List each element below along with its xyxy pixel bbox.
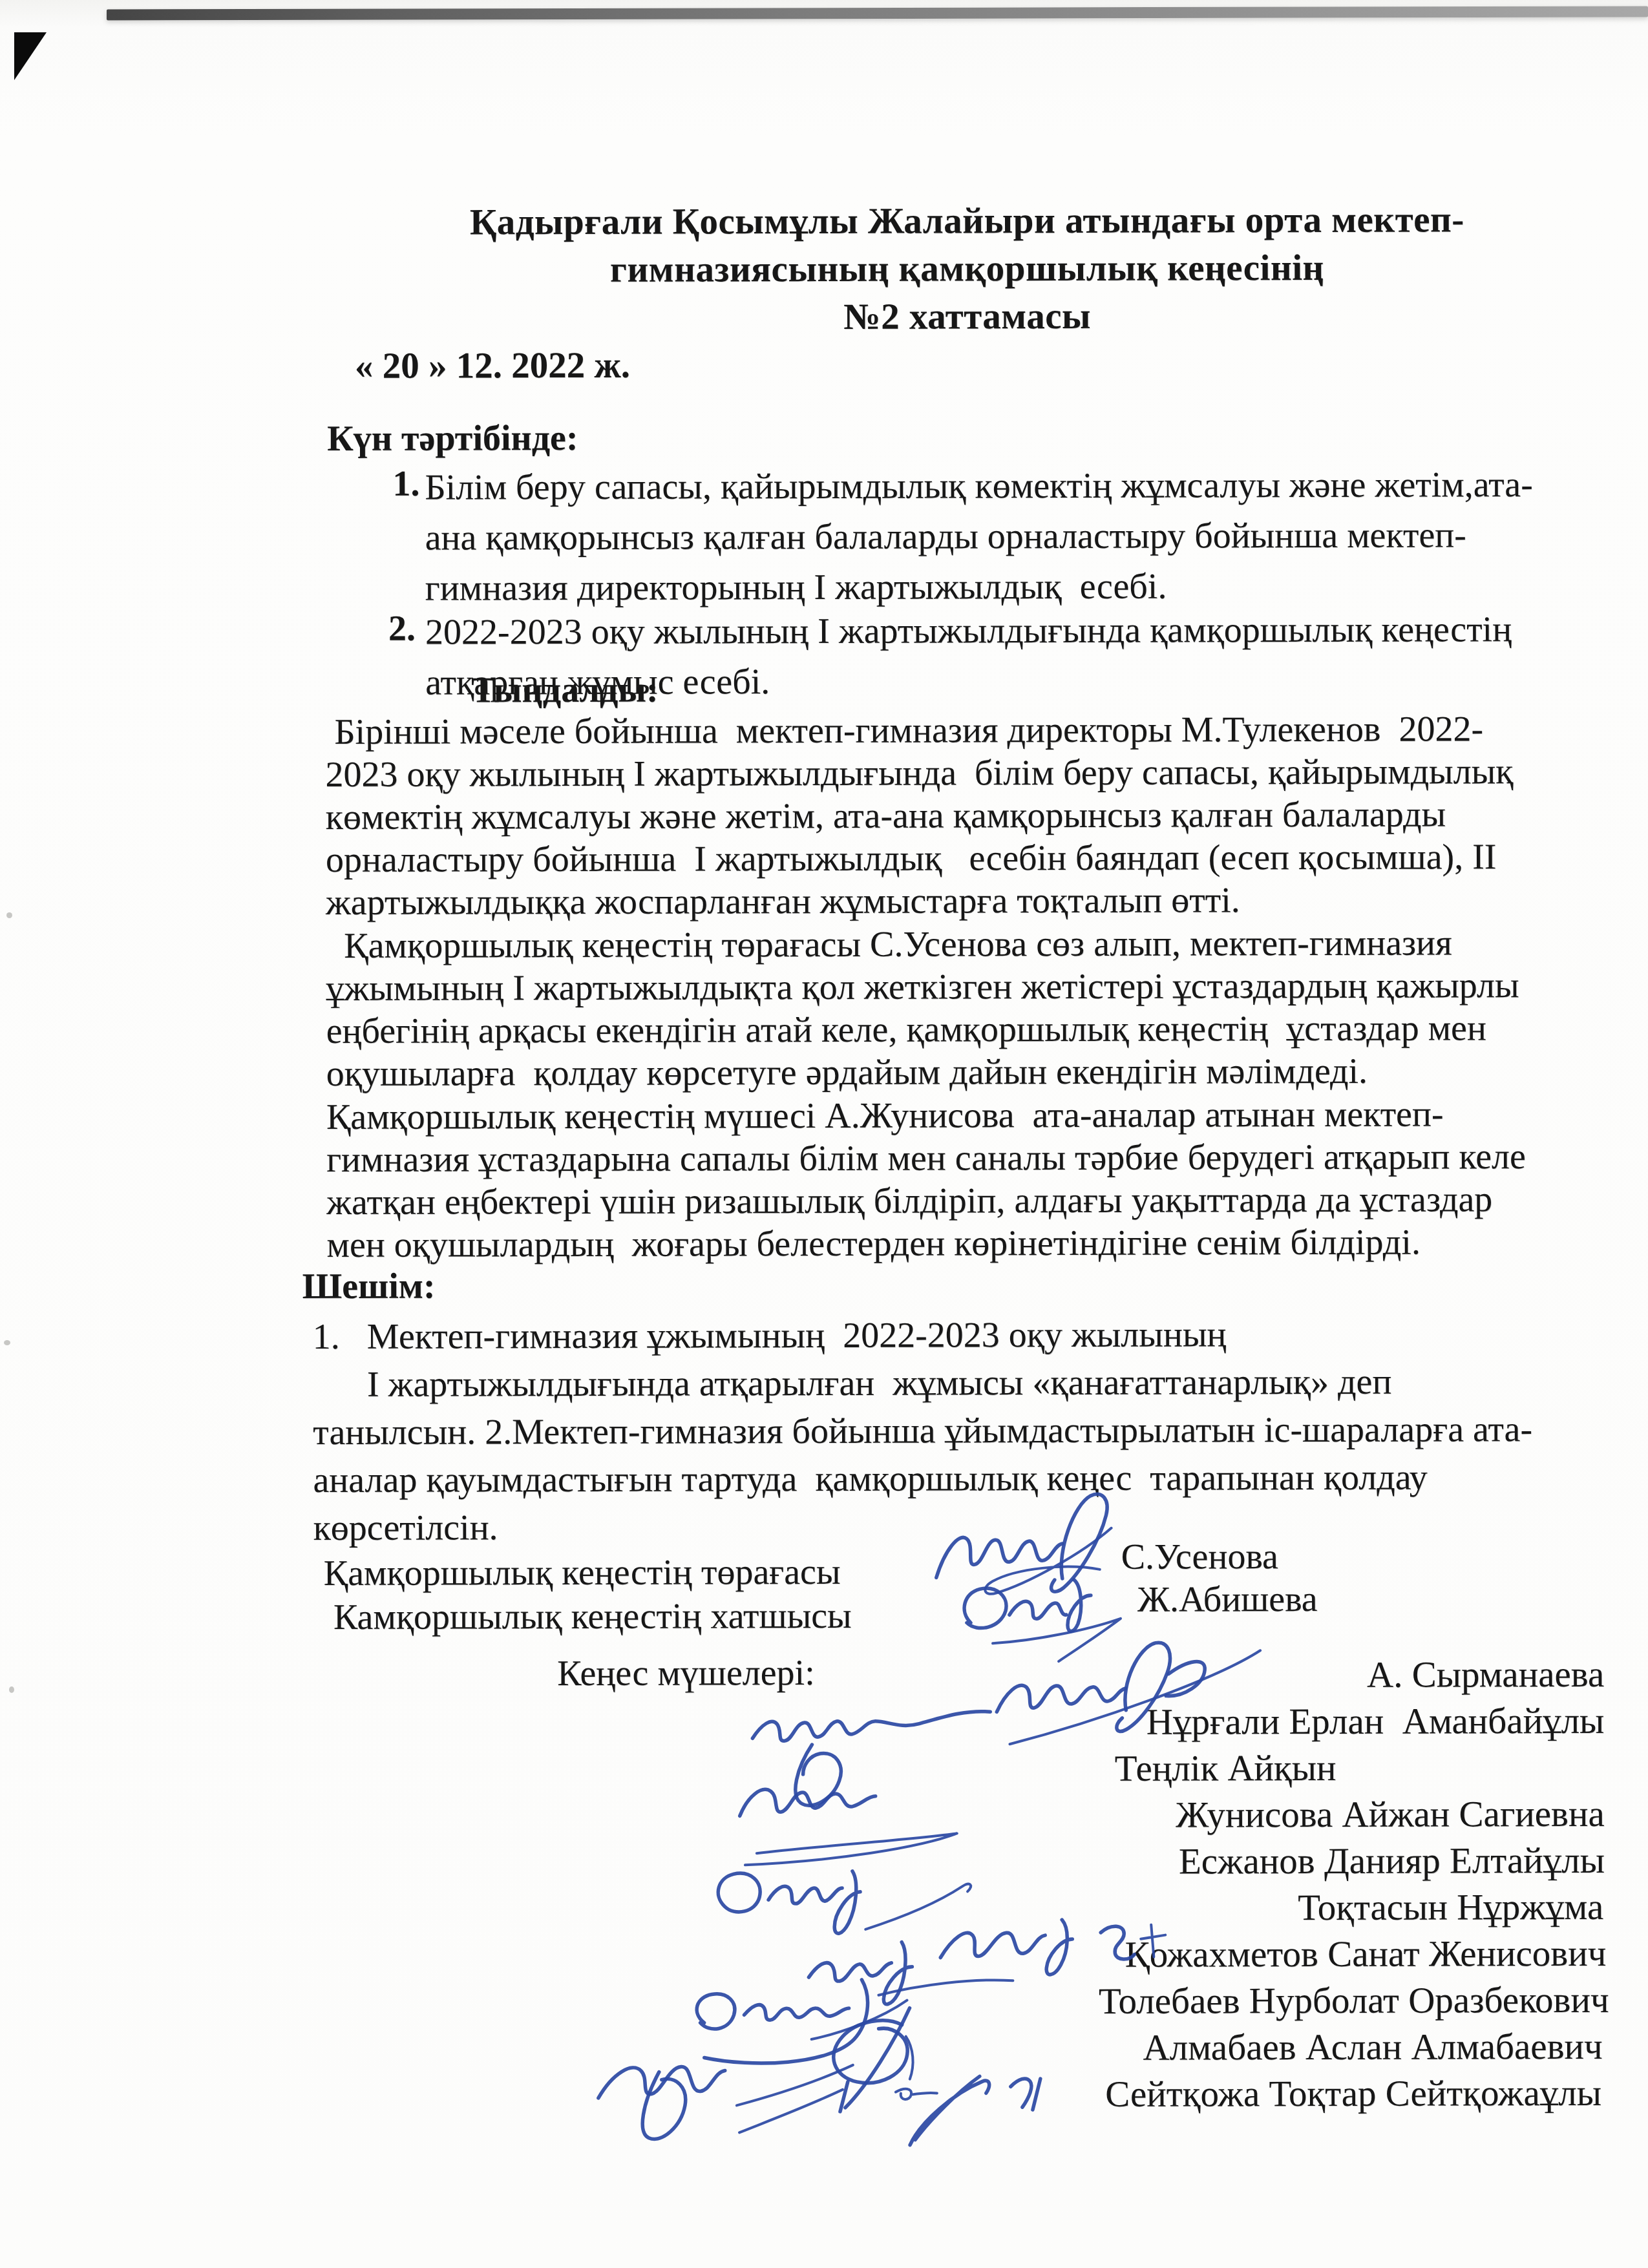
member-name: Алмабаев Аслан Алмабаевич <box>1143 2026 1602 2070</box>
decision-heading: Шешім: <box>302 1265 436 1308</box>
signature-secretary-ink <box>1068 1580 1091 1632</box>
signature-member-6-ink <box>1046 1920 1072 1975</box>
signature-member-3-ink <box>745 1833 957 1865</box>
signature-member-4-ink <box>865 1884 971 1929</box>
signature-member-10-ink <box>910 2076 989 2145</box>
member-name: Қожахметов Санат Женисович <box>1125 1933 1607 1977</box>
signature-member-5-ink <box>808 1962 891 1981</box>
signature-member-10-ink <box>896 2089 937 2099</box>
member-name: Сейтқожа Тоқтар Сейтқожаұлы <box>1105 2072 1601 2116</box>
signature-member-8-ink <box>737 2065 853 2132</box>
signature-member-4-ink <box>718 1873 760 1912</box>
member-name: Толебаев Нурболат Оразбекович <box>1099 1979 1609 2023</box>
signature-secretary-ink <box>993 1619 1121 1662</box>
member-name: Тоқтасын Нұржұма <box>1298 1886 1603 1929</box>
signature-member-7-ink <box>878 1980 1013 1995</box>
signature-member-7-ink <box>745 2004 849 2020</box>
chairman-name: С.Усенова <box>1121 1535 1278 1579</box>
signature-member-8-ink <box>598 2066 725 2098</box>
signature-member-8-ink <box>642 2072 686 2139</box>
signature-member-9-ink <box>834 2021 908 2083</box>
signature-member-10-ink <box>840 2082 848 2112</box>
signature-member-10-ink <box>1011 2079 1041 2110</box>
signature-member-5-ink <box>883 1942 912 2004</box>
agenda-item-number: 2. <box>388 607 416 650</box>
decision-text: 1. Мектеп-гимназия ұжымының 2022-2023 оқ… <box>313 1310 1533 1552</box>
member-name: А. Сырманаева <box>1367 1654 1604 1697</box>
heard-heading: Тыңдалды: <box>471 669 659 712</box>
signature-secretary-ink <box>1009 1601 1066 1619</box>
chairman-label: Қамқоршылық кеңестің төрағасы <box>324 1551 841 1595</box>
secretary-label: Камқоршылық кеңестің хатшысы <box>333 1595 852 1639</box>
signature-member-6-ink <box>940 1933 1045 1958</box>
signature-member-7-ink <box>704 1980 867 2063</box>
signature-member-2-ink <box>796 1745 841 1805</box>
member-name: Есжанов Данияр Елтайұлы <box>1179 1840 1605 1884</box>
secretary-name: Ж.Абишева <box>1137 1578 1318 1621</box>
signature-secretary-ink <box>964 1588 1006 1628</box>
agenda-heading: Күн тәртібінде: <box>327 417 578 460</box>
signature-member-9-ink <box>845 2008 910 2108</box>
heard-paragraph: Қамқоршылық кеңестің мүшесі А.Жунисова а… <box>326 1093 1526 1266</box>
document-title: Қадырғали Қосымұлы Жалайыри атындағы орт… <box>324 196 1611 342</box>
signature-member-3-ink <box>740 1789 876 1816</box>
signature-member-7-ink <box>697 1994 735 2029</box>
agenda-item-number: 1. <box>392 463 419 505</box>
signature-member-9-ink <box>906 2037 913 2079</box>
member-name: Теңлік Айқын <box>1115 1747 1336 1790</box>
agenda-item-text: Білім беру сапасы, қайырымдылық көмектің… <box>425 459 1533 613</box>
signature-member-4-ink <box>768 1886 842 1904</box>
signature-member-5-ink <box>812 2000 907 2039</box>
signature-member-4-ink <box>834 1871 860 1933</box>
date-line: « 20 » 12. 2022 ж. <box>355 344 630 388</box>
member-name: Нұрғали Ерлан Аманбайұлы <box>1146 1700 1605 1744</box>
document-content: Қадырғали Қосымұлы Жалайыри атындағы орт… <box>0 0 1648 2268</box>
signature-member-1-ink <box>1166 1661 1205 1696</box>
heard-paragraph: Қамқоршылық кеңестің төрағасы С.Усенова … <box>326 921 1519 1095</box>
signature-member-1-ink <box>997 1685 1126 1712</box>
signature-member-2-ink <box>752 1712 990 1741</box>
member-name: Жунисова Айжан Сагиевна <box>1176 1793 1605 1837</box>
heard-paragraph: Бірінші мәселе бойынша мектеп-гимназия д… <box>325 708 1514 924</box>
members-label: Кеңес мүшелері: <box>557 1652 815 1695</box>
scanned-protocol-page: Қадырғали Қосымұлы Жалайыри атындағы орт… <box>0 0 1648 2268</box>
